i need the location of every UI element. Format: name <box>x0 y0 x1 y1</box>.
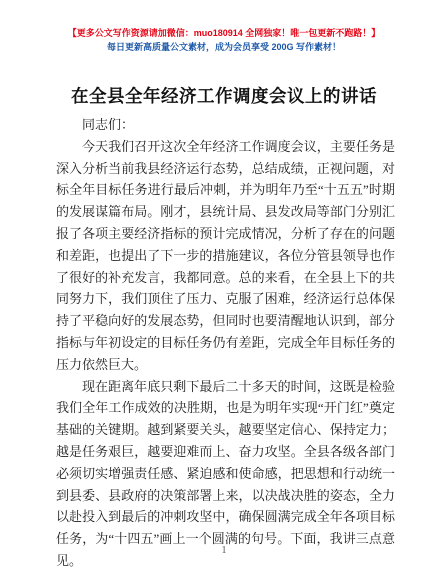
promo-header: 【更多公文写作资源请加微信：muo180914 全网独家！唯一包更新不跑路！】 … <box>0 0 448 54</box>
page-number: 1 <box>222 545 227 556</box>
document-body: 同志们： 今天我们召开这次全年经济工作调度会议，主要任务是深入分析当前我县经济运… <box>56 114 395 572</box>
body-paragraph-2: 现在距离年底只剩下最后二十多天的时间，这既是检验我们全年工作成效的决胜期，也是为… <box>56 376 395 572</box>
document-title: 在全县全年经济工作调度会议上的讲话 <box>40 84 408 108</box>
promo-line-blue: 每日更新高质量公文素材，成为会员享受 200G 写作素材！ <box>0 41 448 55</box>
body-paragraph-1: 今天我们召开这次全年经济工作调度会议，主要任务是深入分析当前我县经济运行态势，总… <box>56 136 395 376</box>
salutation: 同志们： <box>56 114 395 136</box>
document-page: 【更多公文写作资源请加微信：muo180914 全网独家！唯一包更新不跑路！】 … <box>0 0 448 580</box>
page-number-footer: 1 <box>0 545 448 556</box>
promo-line-red: 【更多公文写作资源请加微信：muo180914 全网独家！唯一包更新不跑路！】 <box>0 27 448 41</box>
